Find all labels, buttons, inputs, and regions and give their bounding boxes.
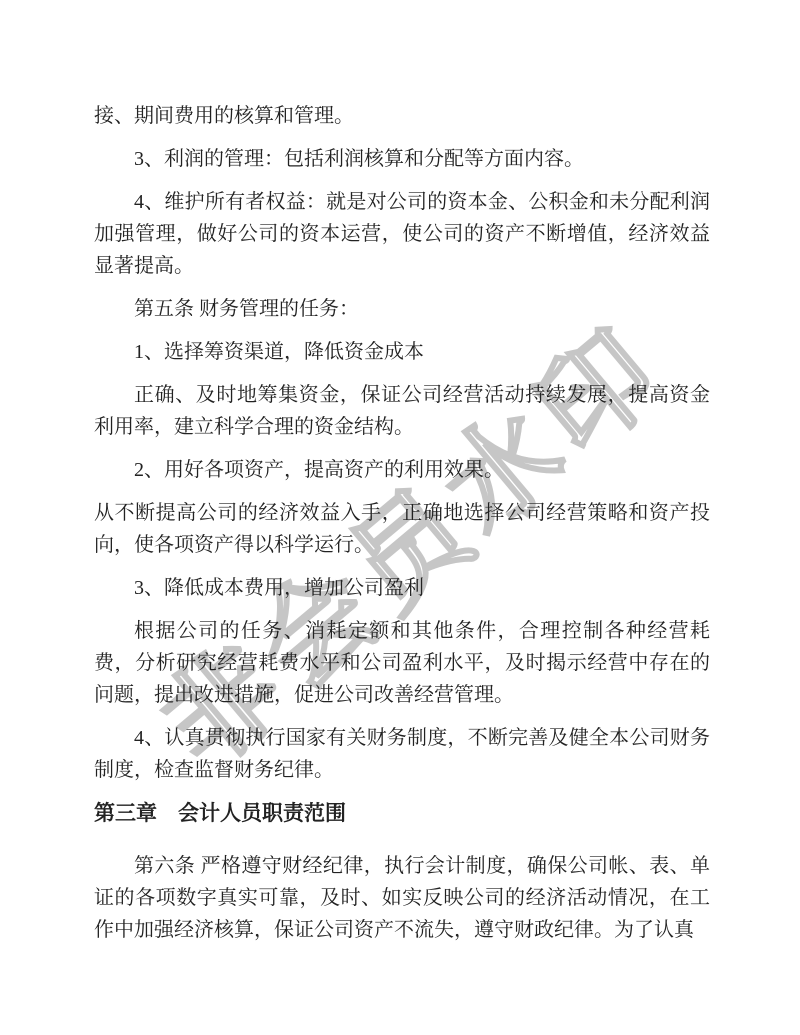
paragraph: 4、维护所有者权益：就是对公司的资本金、公积金和未分配利润加强管理，做好公司的资… [94,186,710,282]
chapter-heading: 第三章 会计人员职责范围 [94,797,710,829]
paragraph: 根据公司的任务、消耗定额和其他条件，合理控制各种经营耗费，分析研究经营耗费水平和… [94,615,710,711]
paragraph: 2、用好各项资产，提高资产的利用效果。 [94,454,710,486]
paragraph: 第五条 财务管理的任务： [94,293,710,325]
paragraph: 1、选择筹资渠道，降低资金成本 [94,336,710,368]
document-body: 接、期间费用的核算和管理。 3、利润的管理：包括利润核算和分配等方面内容。 4、… [94,100,710,957]
paragraph: 第六条 严格遵守财经纪律，执行会计制度，确保公司帐、表、单证的各项数字真实可靠，… [94,850,710,946]
paragraph: 从不断提高公司的经济效益入手，正确地选择公司经营策略和资产投向，使各项资产得以科… [94,497,710,561]
paragraph: 3、降低成本费用，增加公司盈利 [94,572,710,604]
paragraph: 3、利润的管理：包括利润核算和分配等方面内容。 [94,143,710,175]
paragraph: 正确、及时地筹集资金，保证公司经营活动持续发展，提高资金利用率，建立科学合理的资… [94,379,710,443]
paragraph: 接、期间费用的核算和管理。 [94,100,710,132]
paragraph: 4、认真贯彻执行国家有关财务制度，不断完善及健全本公司财务制度，检查监督财务纪律… [94,722,710,786]
document-page: 非会员水印 接、期间费用的核算和管理。 3、利润的管理：包括利润核算和分配等方面… [0,0,800,1035]
